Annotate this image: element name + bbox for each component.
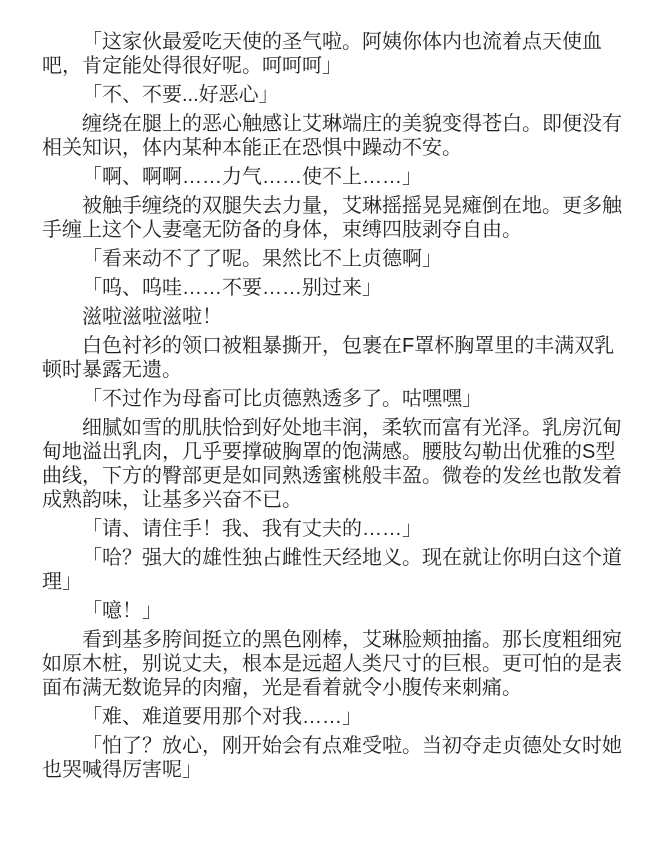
paragraph: 看到基多胯间挺立的黑色刚棒，艾琳脸颊抽搐。那长度粗细宛如原木桩，别说丈夫，根本是…	[42, 628, 626, 700]
paragraph: 细腻如雪的肌肤恰到好处地丰润，柔软而富有光泽。乳房沉甸甸地溢出乳肉，几乎要撑破胸…	[42, 416, 626, 512]
paragraph: 缠绕在腿上的恶心触感让艾琳端庄的美貌变得苍白。即便没有相关知识，体内某种本能正在…	[42, 112, 626, 160]
paragraph: 滋啦滋啦滋啦！	[42, 305, 626, 329]
paragraph: 「不、不要...好恶心」	[42, 83, 626, 107]
paragraph: 被触手缠绕的双腿失去力量，艾琳摇摇晃晃瘫倒在地。更多触手缠上这个人妻毫无防备的身…	[42, 194, 626, 242]
paragraph: 「噫！」	[42, 599, 626, 623]
paragraph: 「啊、啊啊……力气……使不上……」	[42, 165, 626, 189]
paragraph: 「呜、呜哇……不要……别过来」	[42, 276, 626, 300]
paragraph: 「看来动不了了呢。果然比不上贞德啊」	[42, 247, 626, 271]
paragraph: 「请、请住手！我、我有丈夫的……」	[42, 517, 626, 541]
paragraph: 「难、难道要用那个对我……」	[42, 705, 626, 729]
paragraph: 「不过作为母畜可比贞德熟透多了。咕嘿嘿」	[42, 387, 626, 411]
novel-page: 「这家伙最爱吃天使的圣气啦。阿姨你体内也流着点天使血吧，肯定能处得很好呢。呵呵呵…	[0, 0, 650, 850]
paragraph: 「这家伙最爱吃天使的圣气啦。阿姨你体内也流着点天使血吧，肯定能处得很好呢。呵呵呵…	[42, 30, 626, 78]
paragraph: 「哈？强大的雄性独占雌性天经地义。现在就让你明白这个道理」	[42, 546, 626, 594]
paragraph: 「怕了？放心，刚开始会有点难受啦。当初夺走贞德处女时她也哭喊得厉害呢」	[42, 734, 626, 782]
paragraph: 白色衬衫的领口被粗暴撕开，包裹在F罩杯胸罩里的丰满双乳顿时暴露无遗。	[42, 334, 626, 382]
